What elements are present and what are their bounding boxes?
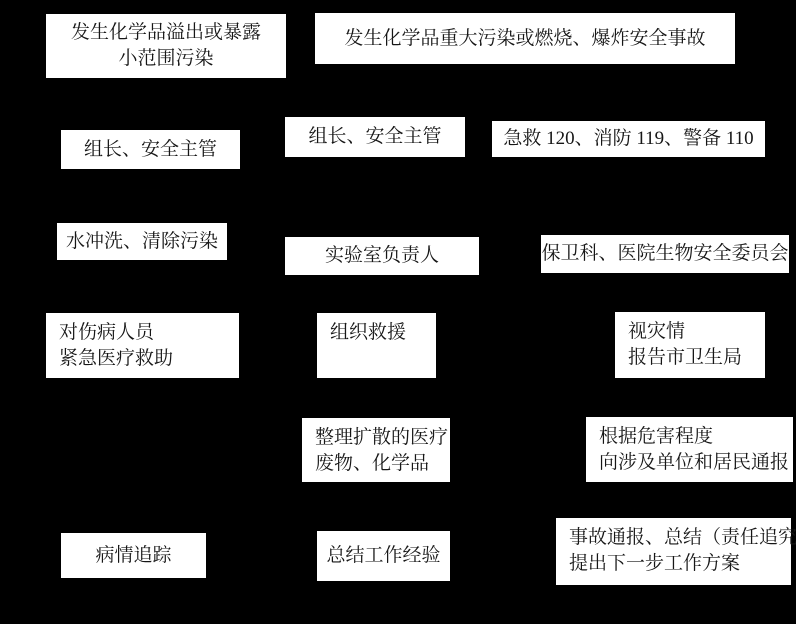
- node-text-line: 保卫科、医院生物安全委员会: [541, 241, 788, 267]
- node-text-line: 组织救援: [330, 320, 406, 346]
- node-summarize-experience: 总结工作经验: [317, 531, 450, 581]
- node-text-line: 向涉及单位和居民通报: [599, 450, 789, 476]
- node-disease-tracking: 病情追踪: [61, 533, 206, 578]
- node-accident-report: 事故通报、总结（责任追究） 提出下一步工作方案: [556, 518, 791, 585]
- node-organize-rescue: 组织救援: [317, 313, 436, 378]
- node-text-line: 发生化学品溢出或暴露: [71, 20, 261, 46]
- node-text-line: 整理扩散的医疗: [315, 425, 448, 451]
- node-text-line: 事故通报、总结（责任追究）: [569, 525, 796, 551]
- node-cleanup-waste: 整理扩散的医疗 废物、化学品: [302, 418, 450, 482]
- node-text-line: 废物、化学品: [315, 451, 429, 477]
- node-text-line: 提出下一步工作方案: [569, 551, 740, 577]
- node-lab-head: 实验室负责人: [285, 237, 479, 275]
- node-report-bureau: 视灾情 报告市卫生局: [615, 312, 765, 378]
- node-text-line: 总结工作经验: [326, 543, 440, 569]
- node-text-line: 小范围污染: [118, 46, 213, 72]
- node-text-line: 根据危害程度: [599, 424, 713, 450]
- node-text-line: 紧急医疗救助: [59, 346, 173, 372]
- node-text-line: 急救 120、消防 119、警备 110: [503, 126, 753, 152]
- node-text-line: 对伤病人员: [59, 320, 154, 346]
- node-notify-residents: 根据危害程度 向涉及单位和居民通报: [586, 417, 793, 482]
- node-leader-left: 组长、安全主管: [61, 130, 240, 169]
- node-chem-major-accident: 发生化学品重大污染或燃烧、爆炸安全事故: [315, 13, 735, 64]
- node-text-line: 水冲洗、清除污染: [66, 229, 218, 255]
- node-text-line: 视灾情: [628, 319, 685, 345]
- node-security-committee: 保卫科、医院生物安全委员会: [541, 235, 789, 273]
- node-water-rinse: 水冲洗、清除污染: [57, 223, 227, 260]
- node-text-line: 组长、安全主管: [308, 124, 441, 150]
- node-text-line: 报告市卫生局: [628, 345, 742, 371]
- node-text-line: 组长、安全主管: [84, 137, 217, 163]
- node-text-line: 发生化学品重大污染或燃烧、爆炸安全事故: [344, 26, 705, 52]
- node-text-line: 实验室负责人: [325, 243, 439, 269]
- node-text-line: 病情追踪: [95, 543, 171, 569]
- node-leader-mid: 组长、安全主管: [285, 117, 465, 157]
- node-emergency-calls: 急救 120、消防 119、警备 110: [492, 121, 765, 157]
- node-medical-aid: 对伤病人员 紧急医疗救助: [46, 313, 239, 378]
- flowchart-canvas: 发生化学品溢出或暴露 小范围污染 发生化学品重大污染或燃烧、爆炸安全事故 组长、…: [0, 0, 796, 624]
- node-chem-spill-small: 发生化学品溢出或暴露 小范围污染: [46, 14, 286, 78]
